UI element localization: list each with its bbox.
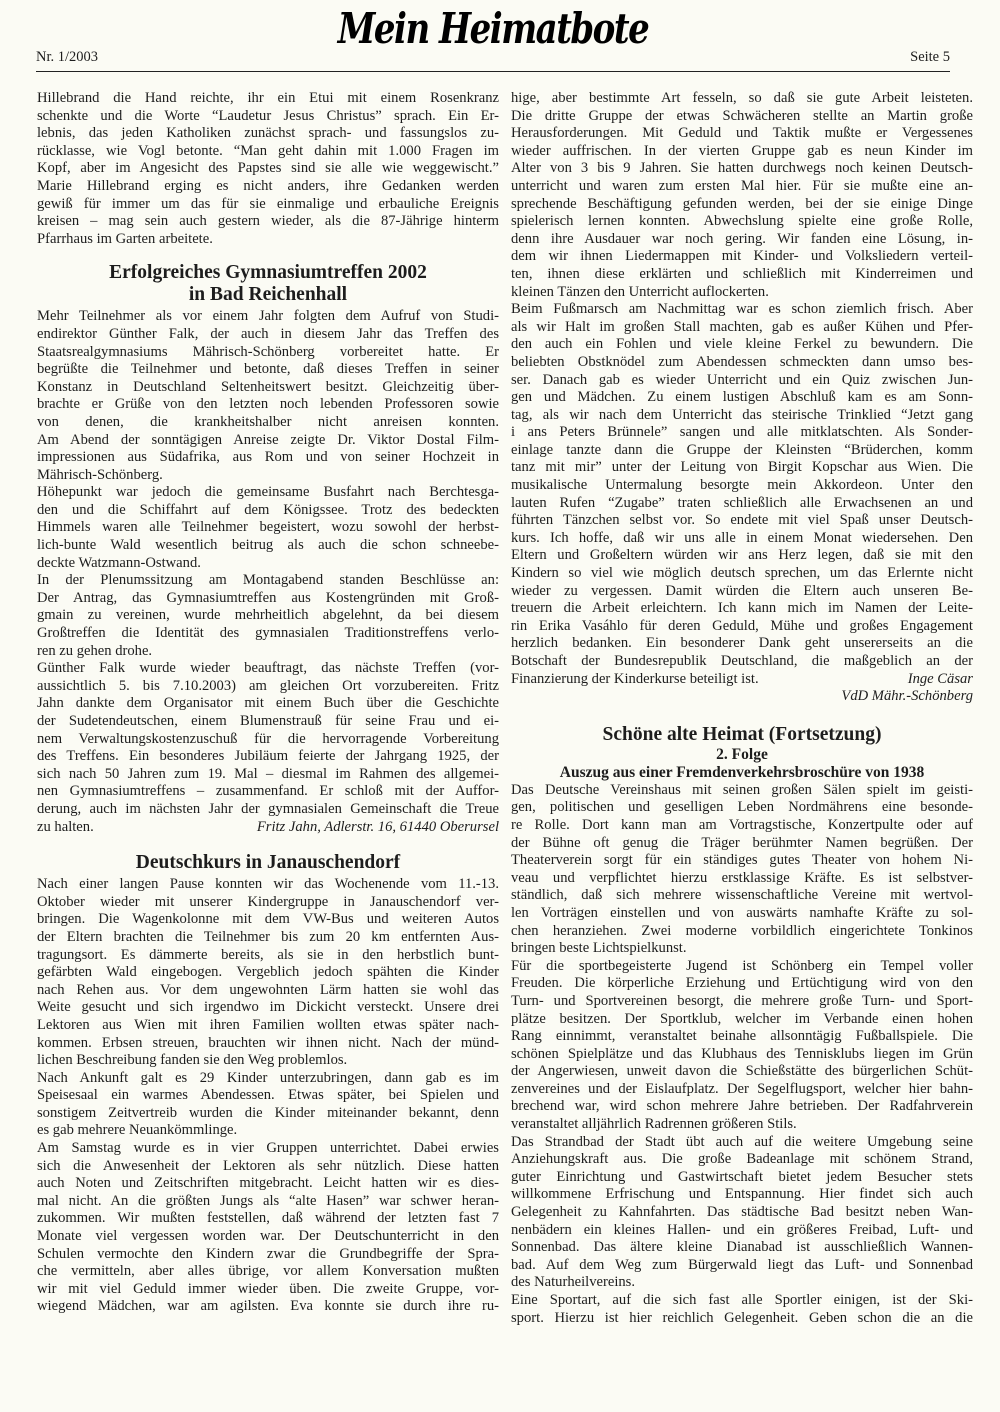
text-line: deckte Watzmann-Ostwand. [37, 555, 499, 573]
text-line: kurs. Ich hoffe, daß wir uns alle in ein… [511, 530, 973, 548]
text-line: Marie Hillebrand erging es nicht anders,… [37, 178, 499, 196]
text-line: chen heranziehen. Zwei moderne vorbildli… [511, 923, 973, 941]
text-line: lebnis, das jeden Katholiken zunächst sp… [37, 125, 499, 143]
text-line: veranstaltet alljährlich Radrennen größe… [511, 1116, 973, 1134]
article-body-deutschkurs: Nach einer langen Pause konnten wir das … [37, 876, 499, 1316]
text-line: i ans Peters Brünnele” sangen und alle m… [511, 424, 973, 442]
text-line: schenkte und die Worte “Laudetur Jesus C… [37, 108, 499, 126]
text-line: musikalische Untermalung besorgte mein A… [511, 477, 973, 495]
author-organization: VdD Mähr.-Schönberg [511, 688, 973, 706]
text-line: begrüßte die Teilnehmer und betonte, daß… [37, 361, 499, 379]
text-line: wir mit viel Geduld immer wieder üben. D… [37, 1281, 499, 1299]
text-line: Sonnenbad. Das ältere kleine Dianabad is… [511, 1239, 973, 1257]
article-title-gymnasiumtreffen: Erfolgreiches Gymnasiumtreffen 2002 in B… [37, 262, 499, 306]
text-line: einlage tanzte dann die Gruppe der Klein… [511, 442, 973, 460]
text-line: nenbädern ein kleines Hallen- und ein gr… [511, 1222, 973, 1240]
article-body-gymnasiumtreffen: Mehr Teilnehmer als vor einem Jahr folgt… [37, 308, 499, 818]
text-line: Monate viel vergessen worden war. Der De… [37, 1228, 499, 1246]
text-line: brachte er Grüße von den letzten noch le… [37, 396, 499, 414]
text-line: schönen Spielplätze und das Klubhaus des… [511, 1046, 973, 1064]
text-line: von denen, die krankheitshalber nicht an… [37, 414, 499, 432]
text-line: ser. Danach gab es wieder Unterricht und… [511, 372, 973, 390]
text-line: Hillebrand die Hand reichte, ihr ein Etu… [37, 90, 499, 108]
text-line: kreisen – mag sein auch gestern wieder, … [37, 213, 499, 231]
text-line: treuern die Arbeit erleichtern. Ich kann… [511, 600, 973, 618]
text-line: zukommen. Wir mußten feststellen, daß wä… [37, 1210, 499, 1228]
text-line: sport. Hierzu ist hier reichlich Gelegen… [511, 1310, 973, 1328]
text-line: len Vorträgen einstellen und von auswärt… [511, 905, 973, 923]
text-line: endirektor Günther Falk, der auch in die… [37, 326, 499, 344]
text-line: bringen beste Lichtspielkunst. [511, 940, 973, 958]
text-line: wiegend Mädchen, war am agilsten. Eva ko… [37, 1298, 499, 1316]
text-line: che vermitteln, aber alles übrige, vor a… [37, 1263, 499, 1281]
text-line: der Eltern brachten die Teilnehmer bis z… [37, 929, 499, 947]
page-header: Nr. 1/2003 Mein Heimatbote Seite 5 [36, 0, 950, 72]
text-line: Alter von 3 bis 9 Jahren. Sie hatten dur… [511, 160, 973, 178]
text-line: tag, als wir nach dem Unterricht das ste… [511, 407, 973, 425]
text-line: Das Strandbad der Stadt übt auch auf die… [511, 1134, 973, 1152]
text-line: beliebten Obstknödel zum Abendessen schm… [511, 354, 973, 372]
text-line: Großtreffen die Identität des gymnasiale… [37, 625, 499, 643]
title-line: Erfolgreiches Gymnasiumtreffen 2002 [37, 262, 499, 284]
text-line: Freuden. Die körperliche Erziehung und E… [511, 975, 973, 993]
right-column: hige, aber bestimmte Art fesseln, so daß… [511, 90, 973, 1327]
masthead-logo: Mein Heimatbote [338, 4, 648, 54]
text-line: wieder zu vergessen. Damit würden die El… [511, 583, 973, 601]
text-line: Weite gesucht und sich irgendwo im Dicki… [37, 999, 499, 1017]
text-line: Am Abend der sonntägigen Anreise zeigte … [37, 432, 499, 450]
text-line: herzlich bedanken. Ein besonderer Dank g… [511, 635, 973, 653]
text-line: sich nach 50 Jahren zum 19. Mal – diesma… [37, 766, 499, 784]
last-line: zu halten. [37, 819, 94, 837]
text-line: Turn- und Sportvereinen besorgt, die meh… [511, 993, 973, 1011]
text-line: lauten Rufen “Zugabe” traten schließlich… [511, 495, 973, 513]
text-line: als wir Halt im großen Stall machten, ga… [511, 319, 973, 337]
text-line: Botschaft der Bundesrepublik Deutschland… [511, 653, 973, 671]
article-subtitle-2: Auszug aus einer Fremdenverkehrsbroschür… [511, 764, 973, 782]
text-line: tanz mit mir” unter der Leitung von Birg… [511, 459, 973, 477]
text-line: Die dritte Gruppe der etwas Schwächeren … [511, 108, 973, 126]
text-line: denn ihre Ausdauer war noch gering. Wir … [511, 231, 973, 249]
author-signature: Inge Cäsar [908, 671, 973, 689]
text-line: Jahn dankte dem Organisator mit einem Bu… [37, 695, 499, 713]
text-line: dem wir ihnen Liedermappen mit Kinder- u… [511, 248, 973, 266]
text-line: hige, aber bestimmte Art fesseln, so daß… [511, 90, 973, 108]
text-line: Das Deutsche Vereinshaus mit seinen groß… [511, 782, 973, 800]
text-line: gewiß für immer um das für sie einmalige… [37, 196, 499, 214]
text-line: Gelegenheit zu Kahnfahrten. Das städtisc… [511, 1204, 973, 1222]
signature-line: zu halten. Fritz Jahn, Adlerstr. 16, 614… [37, 819, 499, 837]
text-line: nach Rehen aus. Vor dem ungewohnten Lärm… [37, 982, 499, 1000]
issue-number: Nr. 1/2003 [36, 49, 98, 66]
text-line: Pfarrhaus im Garten arbeitete. [37, 231, 499, 249]
text-line: führten Tänzchen selbst vor. So endete m… [511, 512, 973, 530]
text-line: Nach Ankunft galt es 29 Kinder unterzubr… [37, 1070, 499, 1088]
text-line: impressionen aus Südafrika, aus Rom und … [37, 449, 499, 467]
text-line: Mährisch-Schönberg. [37, 467, 499, 485]
text-line: auch Noten und Zeitschriften mitgebracht… [37, 1175, 499, 1193]
text-line: lichen Beschreibung fanden sie den Weg p… [37, 1052, 499, 1070]
last-line: Finanzierung der Kinderkurse beteiligt i… [511, 671, 759, 689]
author-signature: Fritz Jahn, Adlerstr. 16, 61440 Oberurse… [257, 819, 499, 837]
text-line: gen, politischen und geselligen Leben No… [511, 799, 973, 817]
text-line: zenvereines und der Eislaufplatz. Der Se… [511, 1081, 973, 1099]
text-line: mal nicht. An die größten Jungs als “alt… [37, 1193, 499, 1211]
title-line: in Bad Reichenhall [37, 284, 499, 306]
text-line: Am Samstag wurde es in vier Gruppen unte… [37, 1140, 499, 1158]
text-line: Oktober wieder mit unserer Kindergruppe … [37, 894, 499, 912]
text-line: Beim Fußmarsch am Nachmittag war es scho… [511, 301, 973, 319]
text-line: es gab mehrere Neuankömmlinge. [37, 1122, 499, 1140]
text-line: Himmels waren alle Teilnehmer begeistert… [37, 519, 499, 537]
signature-line: Finanzierung der Kinderkurse beteiligt i… [511, 671, 973, 689]
text-line: Lektoren aus Wien mit ihren Familien wol… [37, 1017, 499, 1035]
text-line: Anziehungskraft aus. Die große Badeanlag… [511, 1151, 973, 1169]
text-line: rücklasse, wie Vogl betonte. “Man geht d… [37, 143, 499, 161]
deutschkurs-continuation: hige, aber bestimmte Art fesseln, so daß… [511, 90, 973, 671]
article-title-heimat: Schöne alte Heimat (Fortsetzung) [511, 724, 973, 746]
text-line: gen und Mädchen. Zu einem lustigen Absch… [511, 389, 973, 407]
intro-continuation: Hillebrand die Hand reichte, ihr ein Etu… [37, 90, 499, 248]
text-line: den und die Schiffahrt auf dem Königssee… [37, 502, 499, 520]
text-line: wieder auffrischen. In der vierten Grupp… [511, 143, 973, 161]
article-body-heimat: Das Deutsche Vereinshaus mit seinen groß… [511, 782, 973, 1327]
text-line: In der Plenumssitzung am Montagabend sta… [37, 572, 499, 590]
text-line: spielerisch lernen konnten. Abwechslung … [511, 213, 973, 231]
text-line: re Rolle. Dort kann man am Vortragstisch… [511, 817, 973, 835]
text-line: kommen. Erbsen streuen, brauchten wir ih… [37, 1035, 499, 1053]
text-line: aussichtlich 5. bis 7.10.2003) am gleich… [37, 678, 499, 696]
text-line: Herausforderungen. Mit Geduld und Taktik… [511, 125, 973, 143]
text-line: Eltern und Großeltern würden wir ans Her… [511, 547, 973, 565]
text-line: Höhepunkt war jedoch die gemeinsame Busf… [37, 484, 499, 502]
text-line: den auch ein Fohlen und viele kleine Fer… [511, 336, 973, 354]
article-title-deutschkurs: Deutschkurs in Janauschendorf [37, 852, 499, 874]
text-line: nem Verwaltungskostenzuschuß für die her… [37, 731, 499, 749]
text-line: Mehr Teilnehmer als vor einem Jahr folgt… [37, 308, 499, 326]
text-line: Kindern so viel wie möglich deutsch spre… [511, 565, 973, 583]
text-line: der Sudetendeutschen, einem Blumenstrauß… [37, 713, 499, 731]
text-line: ständlich, daß sich mehrere wissenschaft… [511, 887, 973, 905]
text-line: derung, auch im nächsten Jahr der gymnas… [37, 801, 499, 819]
text-line: lich-bunte Wald wesentlich beitrug als a… [37, 537, 499, 555]
text-line: ten, ihnen diese erklärten und schließli… [511, 266, 973, 284]
text-line: tragungsort. Es dämmerte bereits, als si… [37, 947, 499, 965]
text-line: Rang einnimmt, veranstaltet beinahe alls… [511, 1028, 973, 1046]
text-line: plätze besitzen. Der Sportklub, welcher … [511, 1011, 973, 1029]
text-line: des Naturheilvereins. [511, 1274, 973, 1292]
text-line: Speisesaal ein warmes Abendessen. Etwas … [37, 1087, 499, 1105]
text-line: des Treffens. Ein besonderes Jubiläum fe… [37, 748, 499, 766]
text-line: sonstigem Zeitvertreib wurden die Kinder… [37, 1105, 499, 1123]
text-line: Eine Sportart, auf die sich fast alle Sp… [511, 1292, 973, 1310]
text-line: veau und verpflichtet hierzu erstklassig… [511, 870, 973, 888]
text-line: Günther Falk wurde wieder beauftragt, da… [37, 660, 499, 678]
page-number: Seite 5 [910, 49, 950, 66]
text-line: guter Einrichtung und Gastwirtschaft bie… [511, 1169, 973, 1187]
text-line: Theaterverein sorgt für ein ständiges gu… [511, 852, 973, 870]
article-subtitle: 2. Folge [511, 746, 973, 764]
text-line: Der Antrag, das Gymnasiumtreffen aus Kos… [37, 590, 499, 608]
text-line: Nach einer langen Pause konnten wir das … [37, 876, 499, 894]
text-line: gmain zu vereinen, wurde mehrheitlich ab… [37, 607, 499, 625]
text-line: sprechende Beschäftigung gefunden werden… [511, 196, 973, 214]
text-line: nen Gymnasiumtreffens – zusammenfand. Er… [37, 783, 499, 801]
text-line: ren zu gehen drohe. [37, 643, 499, 661]
text-line: rin Erika Vasáhlo für deren Geduld, Mühe… [511, 618, 973, 636]
text-line: unterricht und waren zum ersten Mal hier… [511, 178, 973, 196]
left-column: Hillebrand die Hand reichte, ihr ein Etu… [37, 90, 499, 1316]
text-line: bringen. Die Wagenkolonne mit dem VW-Bus… [37, 911, 499, 929]
text-line: brechend war, wird schon mehrere Jahre b… [511, 1098, 973, 1116]
text-line: Kopf, aber im Angesicht des Papstes sind… [37, 160, 499, 178]
text-line: Schulen vermochte den Kindern zwar die G… [37, 1246, 499, 1264]
text-line: Für die sportbegeisterte Jugend ist Schö… [511, 958, 973, 976]
text-line: gefärbten Wald eingebogen. Vergeblich je… [37, 964, 499, 982]
text-line: der Bühne oft genug die Träger berühmter… [511, 835, 973, 853]
text-line: Staatsrealgymnasiums Mährisch-Schönberg … [37, 344, 499, 362]
text-line: sich die Anwesenheit der Lektoren als se… [37, 1158, 499, 1176]
text-line: Konstanz in Deutschland Seltenheitswert … [37, 379, 499, 397]
text-line: der Angerwiesen, unweit davon die Schieß… [511, 1063, 973, 1081]
text-line: willkommene Erfrischung und Entspannung.… [511, 1186, 973, 1204]
text-line: bad. Auf dem Weg zum Bürgerwald liegt da… [511, 1257, 973, 1275]
text-line: kleinen Tänzen den Unterricht auflockert… [511, 284, 973, 302]
